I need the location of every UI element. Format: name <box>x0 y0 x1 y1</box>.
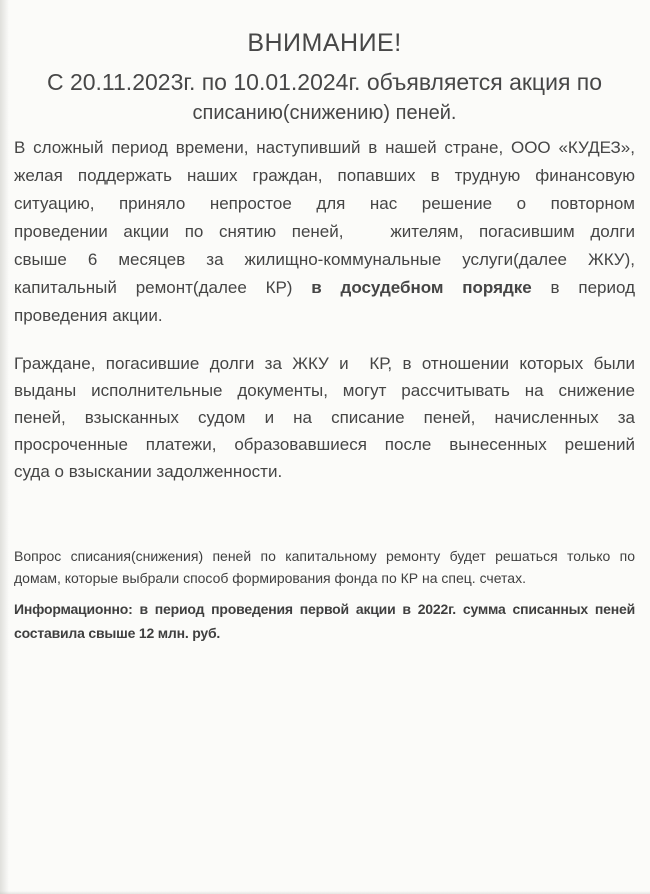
document-title: ВНИМАНИЕ! <box>14 26 635 60</box>
document-subtitle-line2: списанию(снижению) пеней. <box>14 99 635 128</box>
text-line: проведении акции по снятию пеней, жителя… <box>14 218 635 246</box>
paragraph-court-penalties: Граждане, погасившие долги за ЖКУ и КР, … <box>14 350 635 485</box>
document-subtitle-line1: С 20.11.2023г. по 10.01.2024г. объявляет… <box>14 66 635 99</box>
text-line-with-bold: капитальный ремонт(далее КР) в досудебно… <box>14 274 635 302</box>
paragraph-capital-repair-note: Вопрос списания(снижения) пеней по капит… <box>14 545 635 589</box>
text-line: ситуацию, приняло непростое для нас реше… <box>14 190 635 218</box>
document-content: ВНИМАНИЕ! С 20.11.2023г. по 10.01.2024г.… <box>14 0 635 645</box>
paragraph-info-2022: Информационно: в период проведения перво… <box>14 597 635 645</box>
text-segment: в период <box>532 278 635 297</box>
paragraph-company-decision: В сложный период времени, наступивший в … <box>14 134 635 330</box>
text-line: свыше 6 месяцев за жилищно-коммунальные … <box>14 246 635 274</box>
text-line: Информационно: в период проведения перво… <box>14 597 635 621</box>
text-line: пеней, взысканных судом и на списание пе… <box>14 404 635 431</box>
text-segment: капитальный ремонт(далее КР) <box>14 278 311 297</box>
text-line: домам, которые выбрали способ формирован… <box>14 567 635 589</box>
bold-text-segment: в досудебном порядке <box>311 278 531 297</box>
text-line: просроченные платежи, образовавшиеся пос… <box>14 431 635 458</box>
announcement-document: ВНИМАНИЕ! С 20.11.2023г. по 10.01.2024г.… <box>0 0 650 894</box>
text-line: желая поддержать наших граждан, попавших… <box>14 162 635 190</box>
scan-edge-shadow-left <box>0 0 9 894</box>
text-line: Граждане, погасившие долги за ЖКУ и КР, … <box>14 350 635 377</box>
text-line: выданы исполнительные документы, могут р… <box>14 377 635 404</box>
text-line: суда о взыскании задолженности. <box>14 458 635 485</box>
text-line: составила свыше 12 млн. руб. <box>14 621 635 645</box>
text-line: Вопрос списания(снижения) пеней по капит… <box>14 545 635 567</box>
text-line: проведения акции. <box>14 302 635 330</box>
text-line: В сложный период времени, наступивший в … <box>14 134 635 162</box>
